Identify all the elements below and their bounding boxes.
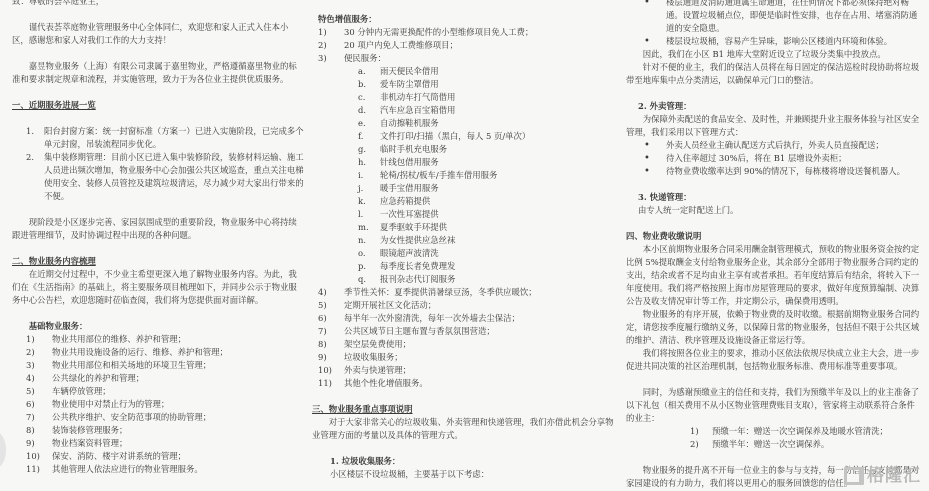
- list-item: 3)便民服务：: [318, 52, 614, 65]
- bullet-icon: •: [644, 35, 666, 48]
- list-item: 11)其他个性化增值服务。: [318, 377, 614, 390]
- list-item: •楼层设垃圾桶，容易产生异味，影响公区楼道内环境和体验。: [626, 35, 922, 48]
- decorative-circle: [0, 432, 6, 468]
- list-item: f.文件打印/扫描（黑白，每人 5 页/单次）: [318, 130, 614, 143]
- convenience-services-list: a.雨天便民伞借用 b.爱车防尘罩借用 c.非机动车打气筒借用 d.汽车应急百宝…: [318, 65, 614, 286]
- list-item: g.临时手机充电服务: [318, 143, 614, 156]
- list-item: 8)装饰装修管理服务；: [26, 424, 304, 437]
- list-item: n.为女性提供应急丝袜: [318, 234, 614, 247]
- list-item: •待物业费收缴率达到 90%的情况下，每栋楼将增设送餐机器人。: [626, 165, 922, 178]
- garbage-assist: 针对不便的业主，我们的保洁人员将在每日固定的保洁巡检时段协助将垃圾带至地库集中点…: [626, 61, 922, 87]
- list-item: j.暖手宝借用服务: [318, 182, 614, 195]
- section-2-title: 二、物业服务内容梳理: [12, 255, 304, 268]
- list-item: 2)预缴半年：赠送一次空调保养。: [690, 438, 922, 451]
- list-item: a.雨天便民伞借用: [318, 65, 614, 78]
- section-4-paragraph-2: 物业服务的有序开展，依赖于物业费的及时收缴。根据前期物业服务合同约定，请您按季度…: [626, 308, 922, 347]
- column-1: 致：尊敬的荟萃庭业主， 谨代表荟萃庭物业管理服务中心全体同仁，欢迎您和家人正式入…: [12, 0, 304, 476]
- list-item: 1. 阳台封窗方案：统一封窗标准（方案一）已进入实施阶段，已完成多个单元封窗，吊…: [26, 125, 304, 151]
- basic-services-title: 基础物业服务：: [12, 320, 304, 333]
- list-item: 4)季节性关怀：夏季提供消暑绿豆汤，冬季供应暖饮；: [318, 286, 614, 299]
- list-item: 7)公共秩序维护、安全防范事项的协助管理；: [26, 411, 304, 424]
- list-item: b.爱车防尘罩借用: [318, 78, 614, 91]
- list-item: 4)公共绿化的养护和管理；: [26, 372, 304, 385]
- list-item: 2. 集中装修期管理：目前小区已进入集中装修阶段，装修材料运输、施工人员进出频次…: [26, 151, 304, 203]
- basic-services-list: 1)物业共用部位的维修、养护和管理； 2)物业共用设施设备的运行、维修、养护和管…: [12, 333, 304, 476]
- gelonghui-logo-icon: [844, 467, 864, 485]
- list-item: 8)架空层免费使用；: [318, 338, 614, 351]
- intro-paragraph-2: 嘉昱物业服务（上海）有限公司隶属于嘉里物业，严格遵循嘉里物业的标准和要求制定规章…: [12, 60, 304, 86]
- column-3: •楼层通道及消防通道属生命通道，在任何情况下都必须保持绝对畅通。设置垃圾桶点位，…: [626, 0, 922, 490]
- column-2: 特色增值服务： 1)30 分钟内无需更换配件的小型维修项目免人工费； 2)20 …: [318, 0, 614, 481]
- list-item: 6)物业使用中对禁止行为的管理；: [26, 398, 304, 411]
- list-item: •待入住率超过 30%后，将在 B1 层增设外卖柜；: [626, 152, 922, 165]
- list-item: 1)物业共用部位的维修、养护和管理；: [26, 333, 304, 346]
- special-services-list-continued: 4)季节性关怀：夏季提供消暑绿豆汤，冬季供应暖饮； 5)定期开展社区文化活动； …: [318, 286, 614, 390]
- section-3-title: 三、物业服务重点事项说明: [312, 403, 614, 416]
- list-item: l.一次性耳塞提供: [318, 208, 614, 221]
- gift-list: 1)预缴一年：赠送一次空调保养及地暖水管清洗； 2)预缴半年：赠送一次空调保养。: [626, 425, 922, 451]
- list-item: •楼层通道及消防通道属生命通道，在任何情况下都必须保持绝对畅通。设置垃圾桶点位，…: [626, 0, 922, 35]
- section-1-closing: 现阶段是小区逐步完善、家园氛围成型的重要阶段，物业服务中心将持续跟进管理细节，及…: [12, 216, 304, 242]
- section-4-title: 四、物业费收缴说明: [626, 230, 922, 243]
- garbage-bullets: •楼层通道及消防通道属生命通道，在任何情况下都必须保持绝对畅通。设置垃圾桶点位，…: [626, 0, 922, 48]
- list-item: o.眼镜超声波清洗: [318, 247, 614, 260]
- takeout-bullets: •外卖人员经业主确认配送方式后执行，外卖人员直接配送； •待入住率超过 30%后…: [626, 139, 922, 178]
- list-item: e.自动擦鞋机服务: [318, 117, 614, 130]
- list-item: 11)其他管理人依法应进行的物业管理服务。: [26, 463, 304, 476]
- list-item: 2)物业共用设施设备的运行、维修、养护和管理；: [26, 346, 304, 359]
- list-item: i.轮椅/拐杖/板车/手推车借用服务: [318, 169, 614, 182]
- list-item: p.每季度长者免费理发: [318, 260, 614, 273]
- list-item: h.针线包借用服务: [318, 156, 614, 169]
- list-item: 5)定期开展社区文化活动；: [318, 299, 614, 312]
- list-item: 10)外卖与快递管理；: [318, 364, 614, 377]
- bullet-icon: •: [644, 165, 666, 178]
- list-item: q.报刊杂志代订阅服务: [318, 273, 614, 286]
- list-item: 9)物业档案资料管理；: [26, 437, 304, 450]
- list-item: k.应急药箱提供: [318, 195, 614, 208]
- express-title: 3. 快递管理：: [626, 191, 922, 204]
- section-4-paragraph-1: 本小区前期物业服务合同采用酬金制管理模式，预收的物业服务资金按约定比例 5%提取…: [626, 243, 922, 308]
- express-text: 由专人统一定时配送上门。: [626, 204, 922, 217]
- special-services-title: 特色增值服务：: [318, 13, 614, 26]
- list-item: d.汽车应急百宝箱借用: [318, 104, 614, 117]
- list-item: 5)车辆停放管理；: [26, 385, 304, 398]
- list-item: c.非机动车打气筒借用: [318, 91, 614, 104]
- list-item: 7)公共区域节日主题布置与香氛氛围营造；: [318, 325, 614, 338]
- section-4-paragraph-3: 我们将按照各位业主的要求，推动小区依法依规尽快成立业主大会，进一步促进共同决策的…: [626, 347, 922, 373]
- greeting: 致：尊敬的荟萃庭业主，: [12, 0, 304, 8]
- garbage-conclusion: 因此，我们在小区 B1 地库大堂附近设立了垃圾分类集中投放点。: [626, 48, 922, 61]
- list-item: 1)30 分钟内无需更换配件的小型维修项目免人工费；: [318, 26, 614, 39]
- watermark: 格隆汇: [844, 467, 921, 485]
- section-3-intro: 对于大家非常关心的垃圾收集、外卖管理和快递管理，我们亦借此机会分享物业管理方面的…: [312, 416, 614, 442]
- list-item: 1)预缴一年：赠送一次空调保养及地暖水管清洗；: [690, 425, 922, 438]
- list-item: 3)物业共用部位和相关场地的环境卫生管理；: [26, 359, 304, 372]
- watermark-text: 格隆汇: [867, 470, 921, 483]
- list-item: 2)20 项户内免人工费维修项目；: [318, 39, 614, 52]
- gift-intro: 同时，为感谢预缴业主的信任和支持，我们为预缴半年及以上的业主准备了以下礼包（相关…: [626, 386, 922, 425]
- section-2-intro: 在近期交付过程中，不少业主希望更深入地了解物业服务内容。为此，我们在《生活指南》…: [12, 268, 304, 307]
- intro-paragraph-1: 谨代表荟萃庭物业管理服务中心全体同仁，欢迎您和家人正式入住本小区，感谢您和家人对…: [12, 21, 304, 47]
- garbage-intro: 小区楼层不设垃圾桶，主要基于以下考虑：: [318, 468, 614, 481]
- special-services-list: 1)30 分钟内无需更换配件的小型维修项目免人工费； 2)20 项户内免人工费维…: [318, 26, 614, 65]
- list-item: m.夏季驱蚊手环提供: [318, 221, 614, 234]
- section-1-list: 1. 阳台封窗方案：统一封窗标准（方案一）已进入实施阶段，已完成多个单元封窗，吊…: [12, 125, 304, 203]
- list-item: •外卖人员经业主确认配送方式后执行，外卖人员直接配送；: [626, 139, 922, 152]
- takeout-intro: 为保障外卖配送的食品安全、及时性，并兼顾提升业主服务体验与社区安全管理，我们采用…: [626, 113, 922, 139]
- list-item: 9)垃圾收集服务；: [318, 351, 614, 364]
- list-item: 6)每半年一次外窗清洗，每年一次外墙去尘保洁；: [318, 312, 614, 325]
- bullet-icon: •: [644, 0, 666, 35]
- section-1-title: 一、近期服务进展一览: [12, 99, 304, 112]
- list-item: 10)保安、消防、楼宇对讲系统的管理；: [26, 450, 304, 463]
- bullet-icon: •: [644, 139, 666, 152]
- takeout-title: 2. 外卖管理：: [626, 100, 922, 113]
- garbage-title: 1. 垃圾收集服务：: [318, 455, 614, 468]
- bullet-icon: •: [644, 152, 666, 165]
